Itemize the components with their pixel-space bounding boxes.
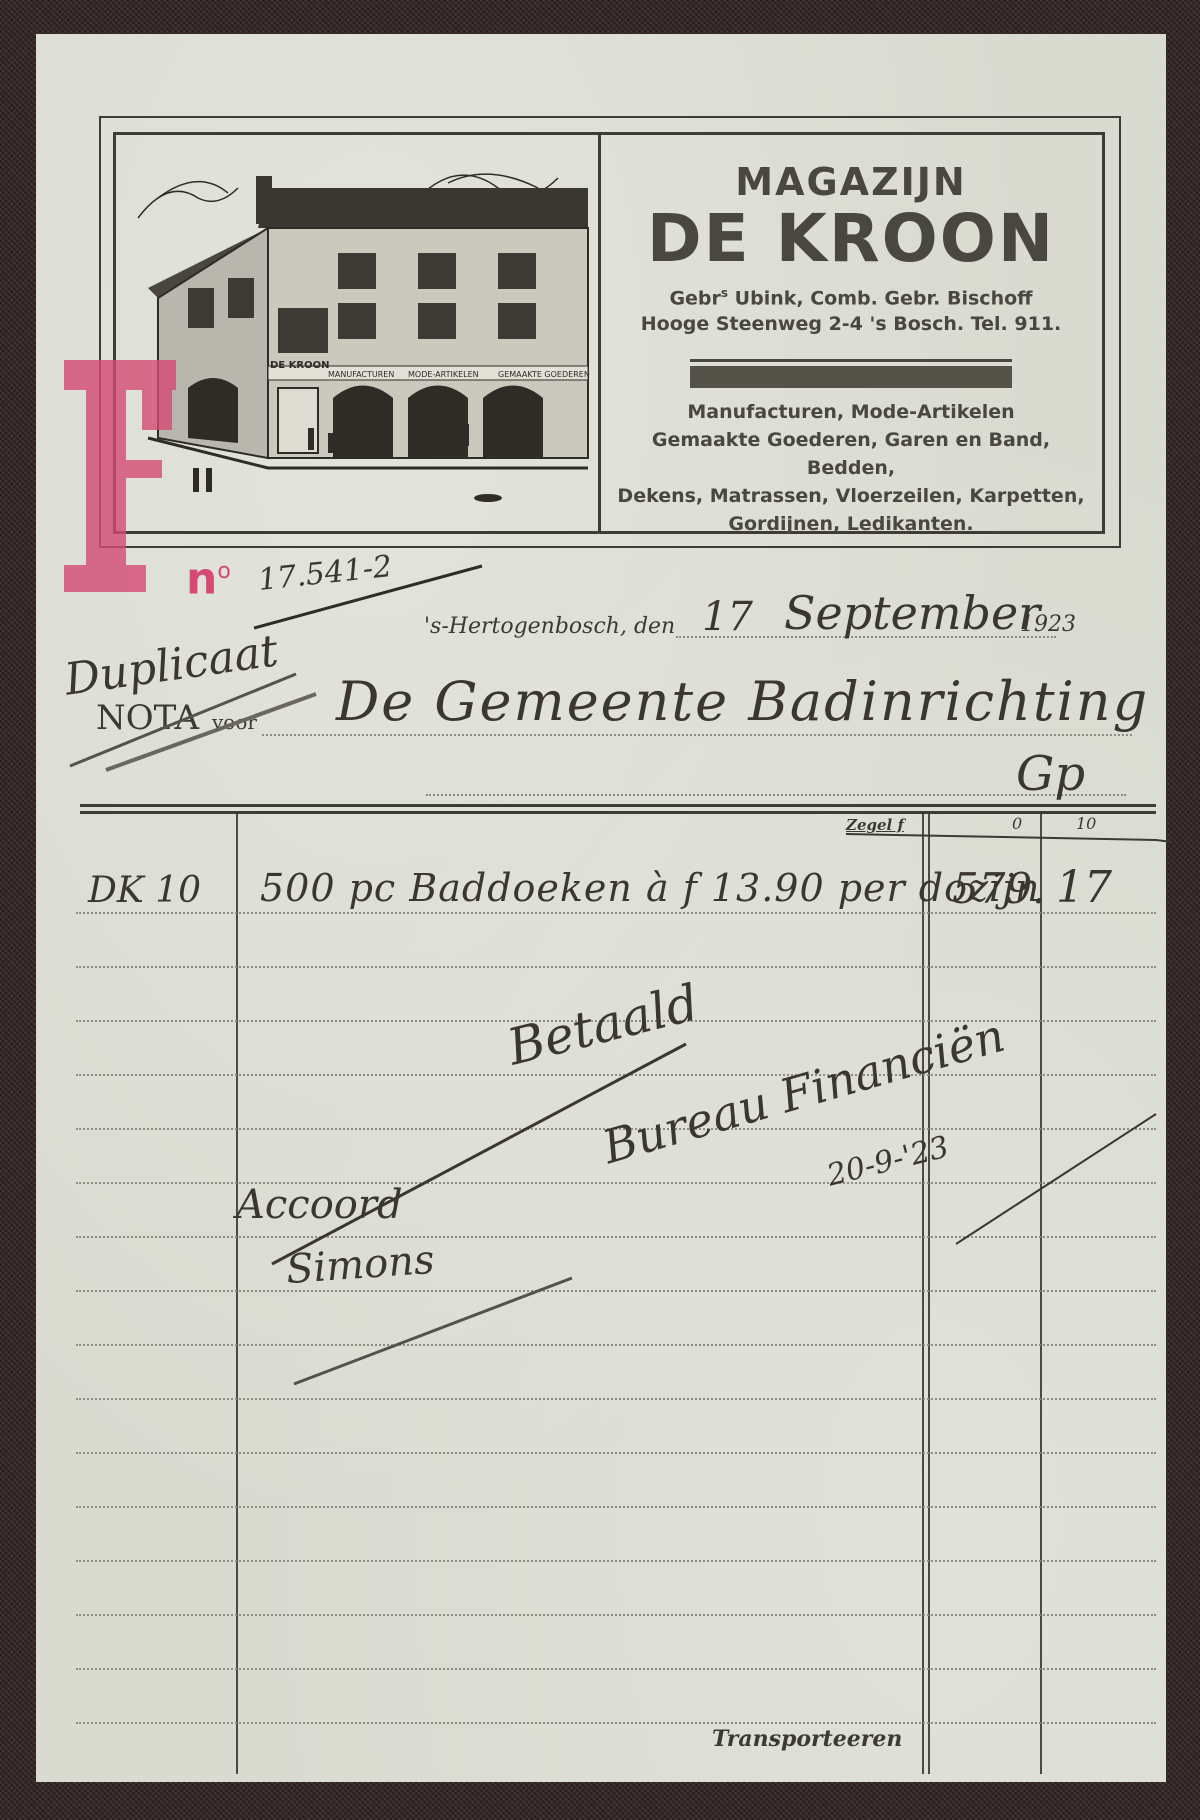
item-guilders: 579.: [952, 864, 1046, 913]
date-day: 17: [702, 594, 753, 640]
letterhead-bar: [690, 366, 1012, 388]
svg-text:MANUFACTUREN: MANUFACTUREN: [328, 370, 394, 379]
svg-text:MODE-ARTIKELEN: MODE-ARTIKELEN: [408, 370, 479, 379]
place-label: 's-Hertogenbosch, den: [424, 614, 675, 639]
letterhead-divider: [598, 132, 601, 531]
row-line: [76, 1344, 1156, 1346]
store-type: MAGAZIJN: [606, 160, 1096, 204]
letterhead-rule: [690, 359, 1012, 362]
goods-line: Dekens, Matrassen, Vloerzeilen, Karpette…: [606, 482, 1096, 510]
red-f-stamp: [64, 360, 176, 592]
table-top-rule: [80, 804, 1156, 807]
store-name: DE KROON: [606, 204, 1096, 274]
recipient-line-2: Gp: [1016, 746, 1085, 802]
approval-flourish: [286, 1274, 586, 1394]
row-line: [76, 966, 1156, 968]
red-number-stamp: no: [186, 550, 231, 602]
letterhead-text: MAGAZIJN DE KROON Gebrs Ubink, Comb. Geb…: [606, 142, 1096, 538]
date-year: 1923: [1020, 612, 1076, 637]
cents-column-line: [1040, 814, 1042, 1774]
row-line: [76, 1560, 1156, 1562]
row-line: [76, 1668, 1156, 1670]
row-line: [76, 1506, 1156, 1508]
row-line: [76, 1452, 1156, 1454]
row-line: [76, 1398, 1156, 1400]
svg-text:DE KROON: DE KROON: [270, 360, 329, 371]
guilders-column-line: [922, 814, 924, 1774]
item-description: 500 pc Baddoeken à f 13.90 per dozijn: [260, 866, 1040, 910]
code-column-line: [236, 814, 238, 1774]
carry-forward-label: Transporteeren: [712, 1726, 902, 1752]
recipient-name: De Gemeente Badinrichting: [336, 670, 1149, 733]
approval-note: Accoord: [236, 1182, 403, 1228]
store-owners: Gebrs Ubink, Comb. Gebr. Bischoff: [606, 280, 1096, 311]
recipient-dotted-line-1: [262, 734, 1132, 736]
stamp-duty-underline: [846, 830, 1176, 850]
goods-line: Gemaakte Goederen, Garen en Band, Bedden…: [606, 426, 1096, 482]
table-top-rule: [80, 811, 1156, 814]
svg-text:GEMAAKTE GOEDEREN: GEMAAKTE GOEDEREN: [498, 370, 590, 379]
row-line: [76, 1614, 1156, 1616]
store-building-illustration: MANUFACTUREN MODE-ARTIKELEN GEMAAKTE GOE…: [118, 138, 594, 524]
item-cents: 17: [1056, 862, 1112, 913]
goods-line: Gordijnen, Ledikanten.: [606, 510, 1096, 538]
duplicate-strike-lines: [66, 654, 366, 774]
date-month: September: [784, 586, 1040, 640]
invoice-sheet: MANUFACTUREN MODE-ARTIKELEN GEMAAKTE GOE…: [36, 34, 1166, 1782]
goods-line: Manufacturen, Mode-Artikelen: [606, 398, 1096, 426]
store-address: Hooge Steenweg 2-4 's Bosch. Tel. 911.: [606, 311, 1096, 337]
guilders-column-line: [928, 814, 930, 1774]
row-line: [76, 1722, 1156, 1724]
item-code: DK 10: [88, 870, 201, 911]
